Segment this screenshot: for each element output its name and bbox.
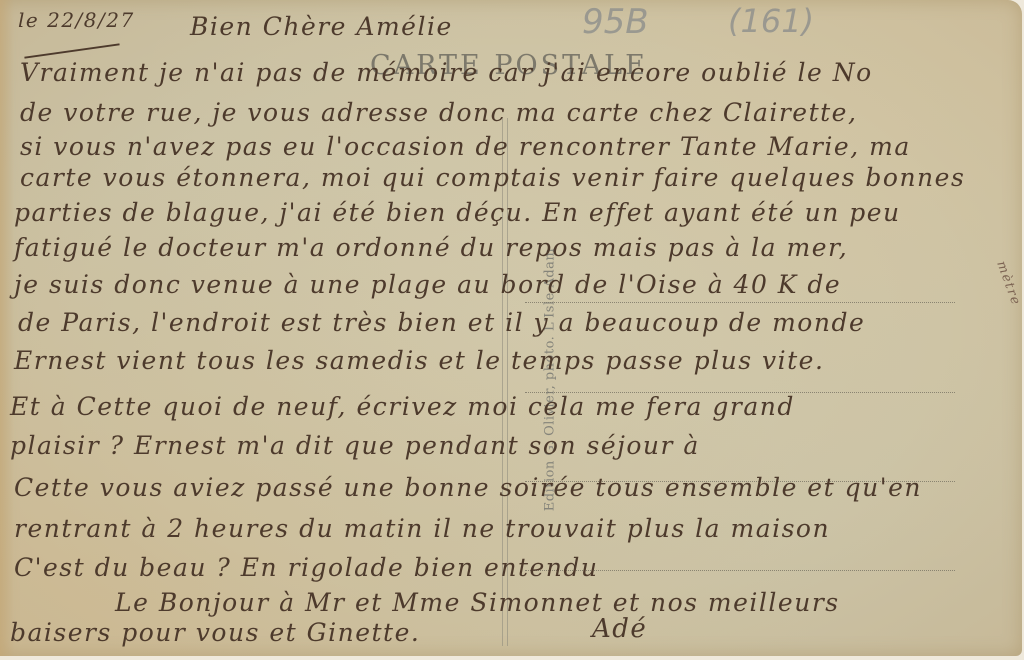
message-line: parties de blague, j'ai été bien déçu. E… <box>14 198 901 227</box>
message-line: Et à Cette quoi de neuf, écrivez moi cel… <box>10 392 795 421</box>
date-underline <box>24 43 119 58</box>
message-line: Vraiment je n'ai pas de mémoire car j'ai… <box>20 58 873 87</box>
handwritten-date: le 22/8/27 <box>18 8 135 32</box>
message-line: de Paris, l'endroit est très bien et il … <box>18 308 865 337</box>
message-line: de votre rue, je vous adresse donc ma ca… <box>20 98 857 127</box>
postcard-back: CARTE POSTALE 95B (161) Edition G. Olivi… <box>0 0 1022 656</box>
message-line: si vous n'avez pas eu l'occasion de renc… <box>20 132 911 161</box>
message-line: Cette vous aviez passé une bonne soirée … <box>14 473 922 502</box>
message-line: je suis donc venue à une plage au bord d… <box>14 270 841 299</box>
message-line: baisers pour vous et Ginette. <box>10 618 420 647</box>
aged-edge <box>0 0 14 656</box>
message-line: fatigué le docteur m'a ordonné du repos … <box>14 233 848 262</box>
pencil-archive-number: (161) <box>728 2 814 40</box>
pencil-archive-code: 95B <box>582 2 649 42</box>
address-line <box>525 302 955 303</box>
message-line: Le Bonjour à Mr et Mme Simonnet et nos m… <box>115 588 840 617</box>
handwritten-signature: Adé <box>592 614 647 644</box>
message-line: Ernest vient tous les samedis et le temp… <box>14 346 824 375</box>
marginal-note: mètre <box>993 259 1023 308</box>
handwritten-salutation: Bien Chère Amélie <box>190 12 453 41</box>
message-line: rentrant à 2 heures du matin il ne trouv… <box>14 514 830 543</box>
message-line: carte vous étonnera, moi qui comptais ve… <box>20 163 965 192</box>
message-line: plaisir ? Ernest m'a dit que pendant son… <box>10 431 700 460</box>
message-line: C'est du beau ? En rigolade bien entendu <box>14 553 599 582</box>
